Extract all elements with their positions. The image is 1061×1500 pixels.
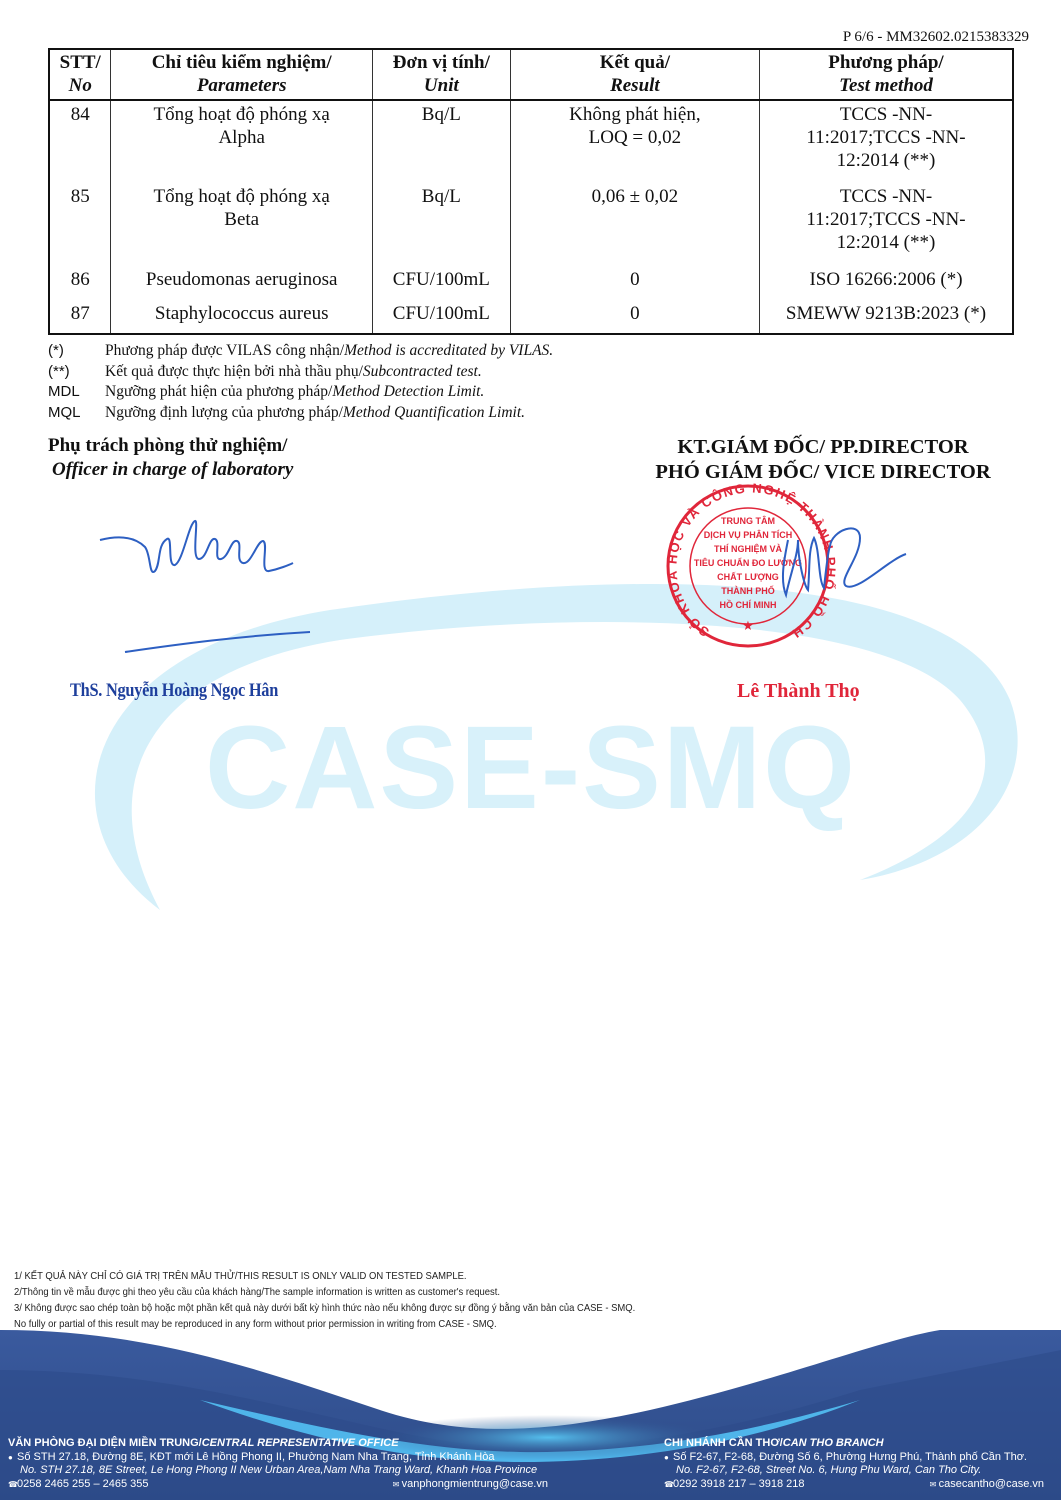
note-subcontracted: (**) Kết quả được thực hiện bởi nhà thầu… — [48, 362, 553, 383]
disclaimer: 1/ KẾT QUẢ NÀY CHỈ CÓ GIÁ TRỊ TRÊN MẪU T… — [14, 1268, 635, 1332]
svg-text:THÀNH PHỐ: THÀNH PHỐ — [721, 585, 775, 596]
email-icon: ✉ — [930, 1478, 939, 1492]
header-unit: Đơn vị tính/Unit — [372, 49, 510, 100]
table-header-row: STT/No Chỉ tiêu kiểm nghiệm/Parameters Đ… — [49, 49, 1013, 100]
cantho-email[interactable]: casecantho@case.vn — [939, 1478, 1044, 1490]
cell-no: 86 — [49, 266, 111, 300]
lab-officer-title: Phụ trách phòng thử nghiệm/ Officer in c… — [48, 434, 293, 482]
note-accredited: (*)Phương pháp được VILAS công nhận/ Met… — [48, 341, 553, 362]
cell-parameter: Tổng hoạt độ phóng xạ Alpha — [111, 100, 372, 183]
svg-text:DỊCH VỤ PHÂN TÍCH: DỊCH VỤ PHÂN TÍCH — [704, 529, 793, 540]
cell-unit: Bq/L — [372, 183, 510, 266]
svg-text:HỒ CHÍ MINH: HỒ CHÍ MINH — [720, 599, 777, 610]
cell-method: ISO 16266:2006 (*) — [760, 266, 1014, 300]
cell-no: 84 — [49, 100, 111, 183]
page-reference: P 6/6 - MM32602.0215383329 — [843, 29, 1029, 46]
central-email[interactable]: vanphongmientrung@case.vn — [402, 1478, 548, 1490]
svg-text:TRUNG TÂM: TRUNG TÂM — [721, 515, 775, 526]
lab-officer-name: ThS. Nguyễn Hoàng Ngọc Hân — [70, 680, 278, 702]
signature-left — [95, 515, 295, 595]
cell-unit: CFU/100mL — [372, 300, 510, 334]
table-row: 84 Tổng hoạt độ phóng xạ Alpha Bq/L Khôn… — [49, 100, 1013, 183]
header-no: STT/No — [49, 49, 111, 100]
table-row: 86 Pseudomonas aeruginosa CFU/100mL 0 IS… — [49, 266, 1013, 300]
header-method: Phương pháp/Test method — [760, 49, 1014, 100]
official-stamp: SỞ KHOA HỌC VÀ CÔNG NGHỆ THÀNH PHỐ HỒ CH… — [648, 480, 908, 650]
header-result: Kết quả/Result — [510, 49, 759, 100]
phone-icon: ☎ — [8, 1478, 17, 1492]
legend-notes: (*)Phương pháp được VILAS công nhận/ Met… — [48, 341, 553, 423]
cell-no: 87 — [49, 300, 111, 334]
cell-parameter: Staphylococcus aureus — [111, 300, 372, 334]
svg-text:TIÊU CHUẨN ĐO LƯỜNG: TIÊU CHUẨN ĐO LƯỜNG — [694, 557, 802, 568]
cell-result: Không phát hiện, LOQ = 0,02 — [510, 100, 759, 183]
table-row: 85 Tổng hoạt độ phóng xạ Beta Bq/L 0,06 … — [49, 183, 1013, 266]
cell-method: SMEWW 9213B:2023 (*) — [760, 300, 1014, 334]
email-icon: ✉ — [393, 1478, 402, 1492]
header-parameters: Chỉ tiêu kiểm nghiệm/Parameters — [111, 49, 372, 100]
watermark-text: CASE-SMQ — [205, 700, 857, 836]
cantho-phone: 0292 3918 217 – 3918 218 — [673, 1478, 805, 1490]
director-title: KT.GIÁM ĐỐC/ PP.DIRECTOR PHÓ GIÁM ĐỐC/ V… — [643, 435, 1003, 485]
location-pin-icon: ● — [8, 1451, 17, 1465]
cell-unit: CFU/100mL — [372, 266, 510, 300]
stamp-star-icon: ★ — [742, 618, 754, 633]
cell-parameter: Tổng hoạt độ phóng xạ Beta — [111, 183, 372, 266]
cell-result: 0,06 ± 0,02 — [510, 183, 759, 266]
table-row: 87 Staphylococcus aureus CFU/100mL 0 SME… — [49, 300, 1013, 334]
note-mql: MQLNgưỡng định lượng của phương pháp/ Me… — [48, 403, 553, 424]
cell-unit: Bq/L — [372, 100, 510, 183]
cell-result: 0 — [510, 266, 759, 300]
signature-left-underline — [120, 630, 320, 660]
central-phone: 0258 2465 255 – 2465 355 — [17, 1478, 149, 1490]
central-office-info: VĂN PHÒNG ĐẠI DIỆN MIỀN TRUNG/CENTRAL RE… — [8, 1437, 548, 1491]
phone-icon: ☎ — [664, 1478, 673, 1492]
cell-method: TCCS -NN- 11:2017;TCCS -NN- 12:2014 (**) — [760, 183, 1014, 266]
note-mdl: MDLNgưỡng phát hiện của phương pháp/ Met… — [48, 382, 553, 403]
cell-method: TCCS -NN- 11:2017;TCCS -NN- 12:2014 (**) — [760, 100, 1014, 183]
cell-parameter: Pseudomonas aeruginosa — [111, 266, 372, 300]
cell-result: 0 — [510, 300, 759, 334]
cantho-branch-info: CHI NHÁNH CẦN THƠ/CAN THO BRANCH ●Số F2-… — [664, 1437, 1044, 1491]
results-table: STT/No Chỉ tiêu kiểm nghiệm/Parameters Đ… — [48, 48, 1014, 335]
cell-no: 85 — [49, 183, 111, 266]
svg-text:THÍ NGHIỆM VÀ: THÍ NGHIỆM VÀ — [714, 543, 783, 554]
director-name: Lê Thành Thọ — [737, 680, 860, 703]
svg-text:CHẤT LƯỢNG: CHẤT LƯỢNG — [717, 572, 779, 582]
location-pin-icon: ● — [664, 1451, 673, 1465]
